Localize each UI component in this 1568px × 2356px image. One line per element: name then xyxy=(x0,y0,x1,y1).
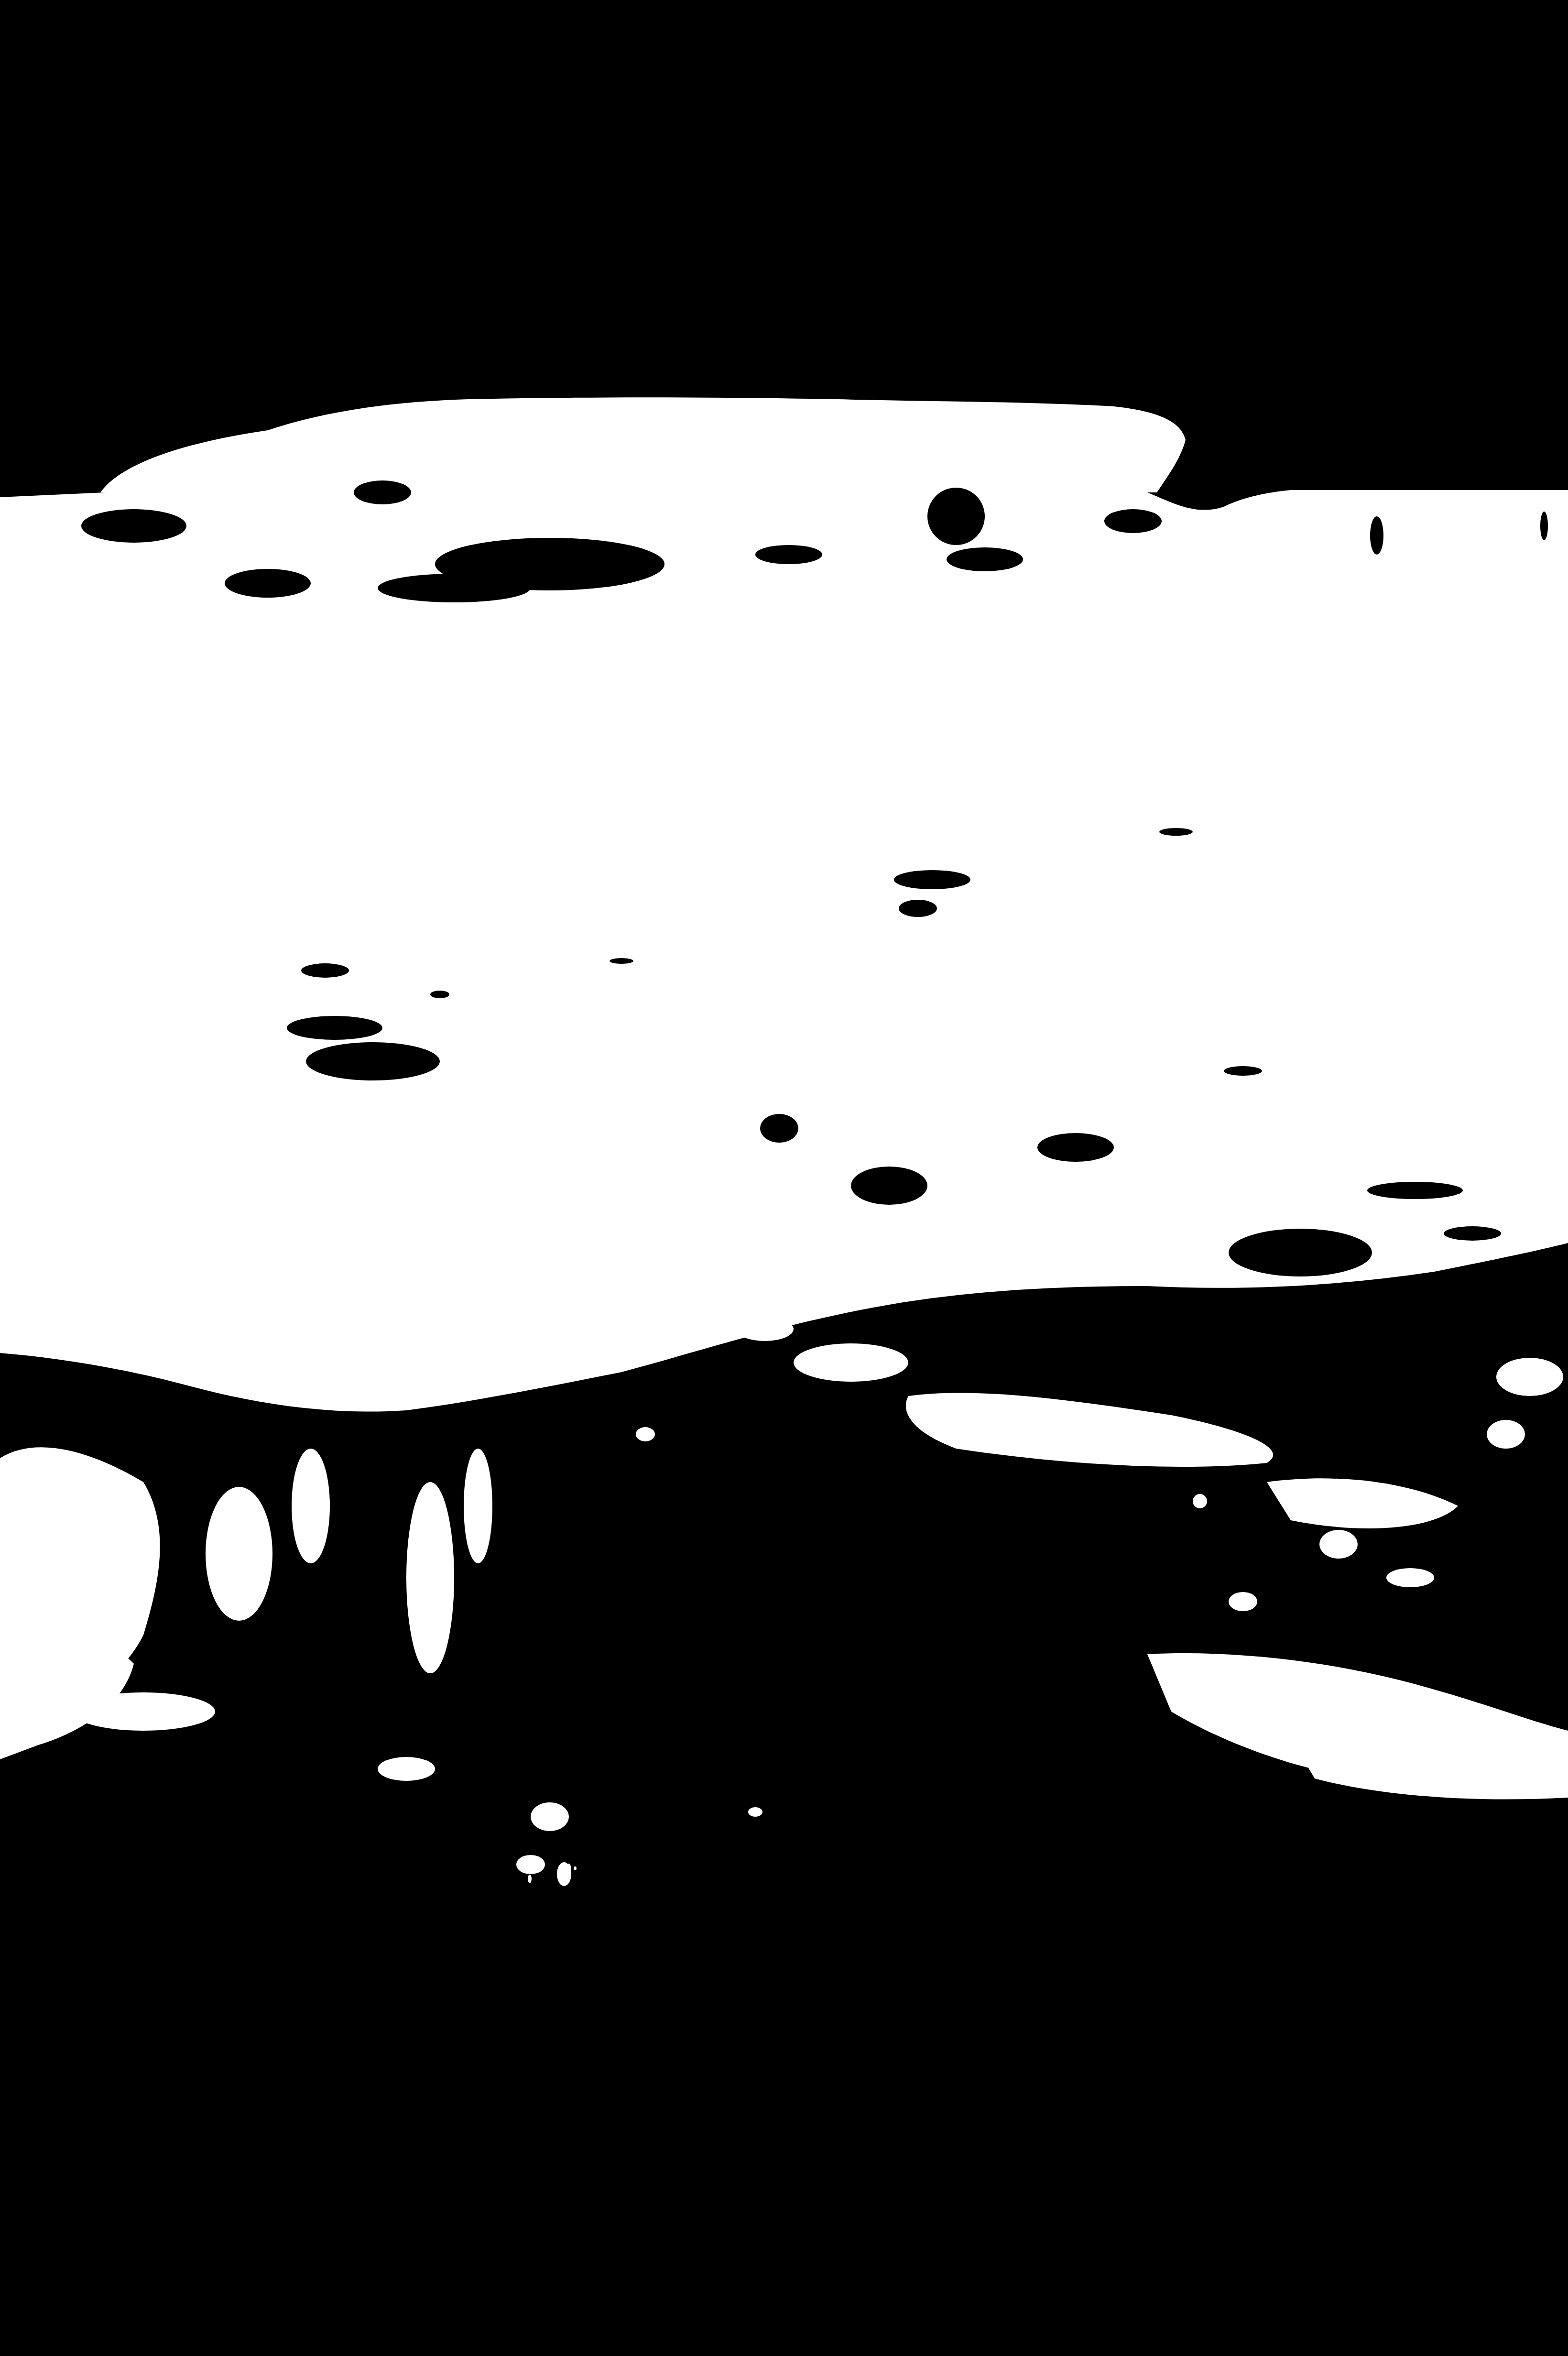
binarized-photo xyxy=(0,0,1568,2356)
